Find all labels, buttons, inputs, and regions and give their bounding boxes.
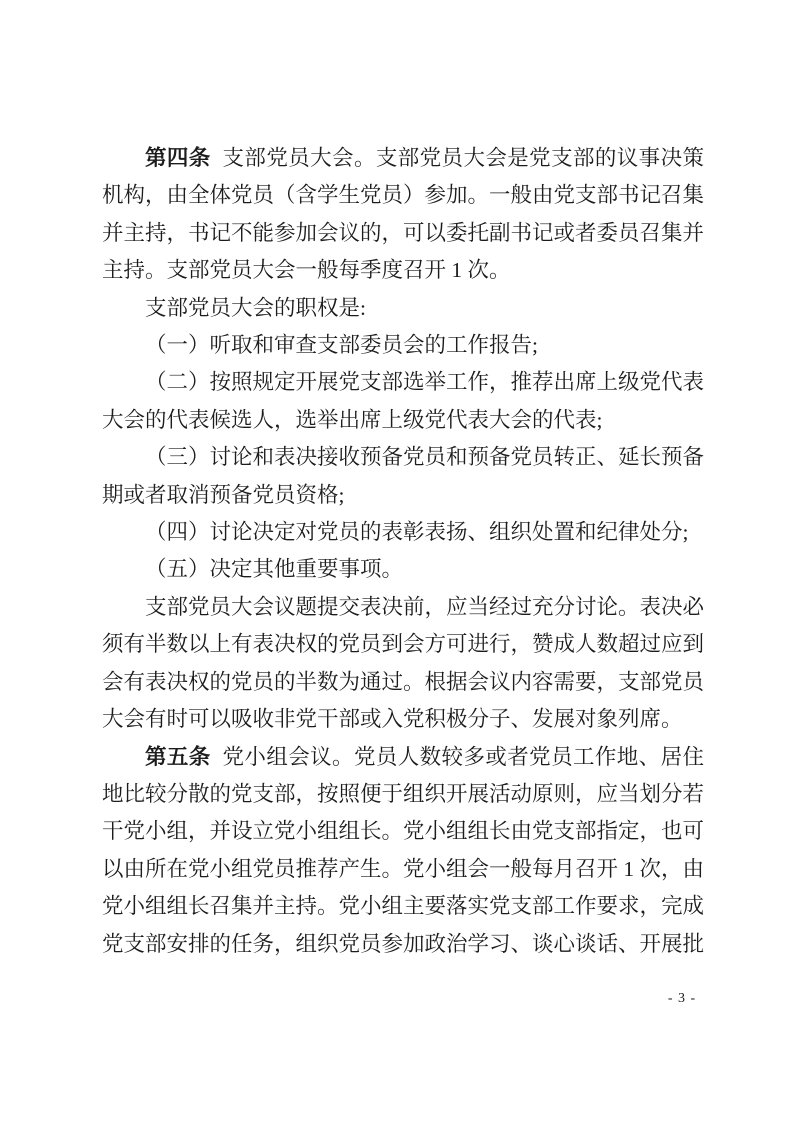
document-paragraph: （二）按照规定开展党支部选举工作，推荐出席上级党代表大会的代表候选人，选举出席上… (102, 364, 704, 439)
document-paragraph: 支部党员大会的职权是: (102, 290, 704, 327)
document-paragraph: 第四条支部党员大会。支部党员大会是党支部的议事决策机构，由全体党员（含学生党员）… (102, 140, 704, 290)
paragraph-text: （五）决定其他重要事项。 (145, 557, 403, 581)
paragraph-text: （二）按照规定开展党支部选举工作，推荐出席上级党代表大会的代表候选人，选举出席上… (102, 370, 704, 431)
document-paragraph: （三）讨论和表决接收预备党员和预备党员转正、延长预备期或者取消预备党员资格; (102, 439, 704, 514)
document-paragraph: 第五条党小组会议。党员人数较多或者党员工作地、居住地比较分散的党支部，按照便于组… (102, 739, 704, 963)
document-paragraph: （一）听取和审查支部委员会的工作报告; (102, 327, 704, 364)
paragraph-text: 支部党员大会的职权是: (145, 296, 366, 320)
document-paragraph: 支部党员大会议题提交表决前，应当经过充分讨论。表决必须有半数以上有表决权的党员到… (102, 589, 704, 739)
paragraph-text: 支部党员大会议题提交表决前，应当经过充分讨论。表决必须有半数以上有表决权的党员到… (102, 595, 704, 731)
article-5-lead: 第五条 (145, 745, 211, 769)
paragraph-text: （三）讨论和表决接收预备党员和预备党员转正、延长预备期或者取消预备党员资格; (102, 445, 704, 506)
article-4-lead: 第四条 (145, 146, 211, 170)
paragraph-text: （一）听取和审查支部委员会的工作报告; (145, 333, 538, 357)
document-page: 第四条支部党员大会。支部党员大会是党支部的议事决策机构，由全体党员（含学生党员）… (0, 0, 794, 1123)
paragraph-text: 党小组会议。党员人数较多或者党员工作地、居住地比较分散的党支部，按照便于组织开展… (102, 745, 704, 956)
document-body: 第四条支部党员大会。支部党员大会是党支部的议事决策机构，由全体党员（含学生党员）… (102, 140, 704, 963)
document-paragraph: （四）讨论决定对党员的表彰表扬、组织处置和纪律处分; (102, 514, 704, 551)
page-number: - 3 - (660, 991, 704, 1007)
paragraph-text: （四）讨论决定对党员的表彰表扬、组织处置和纪律处分; (145, 520, 688, 544)
document-paragraph: （五）决定其他重要事项。 (102, 551, 704, 588)
